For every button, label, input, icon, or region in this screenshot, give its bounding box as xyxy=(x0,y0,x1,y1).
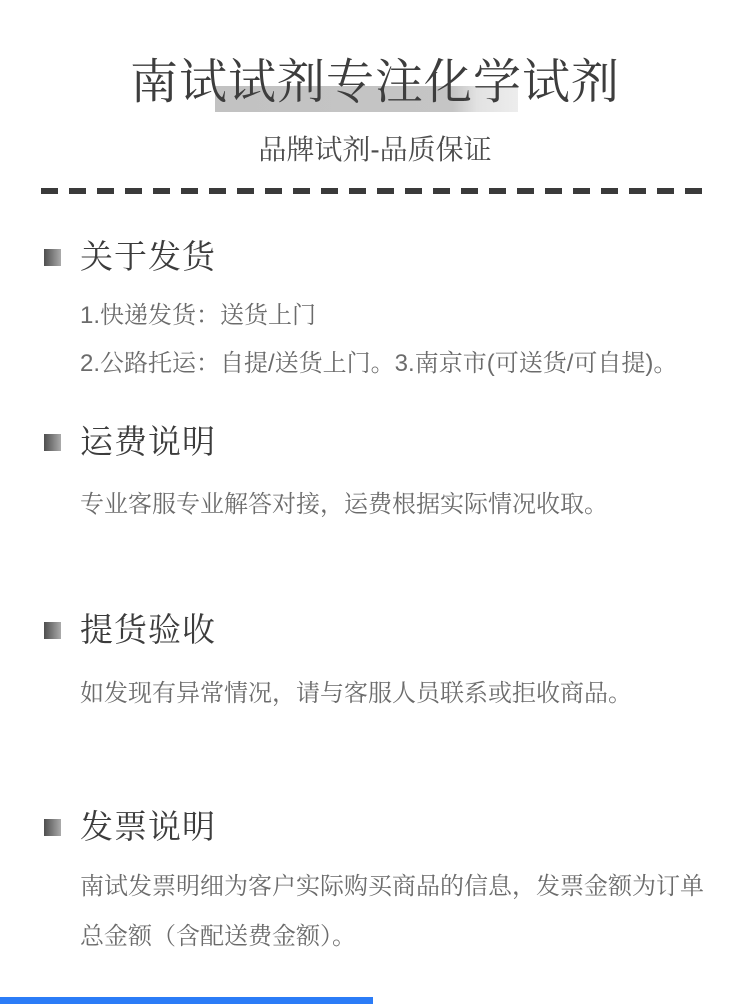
product-notice-page: 南试试剂专注化学试剂 品牌试剂-品质保证 关于发货 1.快递发货：送货上门 2.… xyxy=(0,0,750,1004)
section-invoice-body: 南试发票明细为客户实际购买商品的信息，发票金额为订单总金额（含配送费金额）。 xyxy=(80,862,712,962)
section-body-line: 1.快递发货：送货上门 xyxy=(80,292,712,340)
section-freight-heading-row: 运费说明 xyxy=(44,422,216,462)
section-shipping-body: 1.快递发货：送货上门 2.公路托运：自提/送货上门。3.南京市(可送货/可自提… xyxy=(80,292,712,388)
section-body-line: 如发现有异常情况，请与客服人员联系或拒收商品。 xyxy=(80,669,712,719)
section-heading: 发票说明 xyxy=(80,807,216,847)
section-body-line: 专业客服专业解答对接，运费根据实际情况收取。 xyxy=(80,480,712,530)
section-heading: 运费说明 xyxy=(80,422,216,462)
section-bullet-icon xyxy=(44,249,61,266)
section-heading: 关于发货 xyxy=(80,237,216,277)
page-subtitle: 品牌试剂-品质保证 xyxy=(0,133,750,166)
section-bullet-icon xyxy=(44,819,61,836)
section-body-line: 南试发票明细为客户实际购买商品的信息，发票金额为订单总金额（含配送费金额）。 xyxy=(80,862,712,962)
section-heading: 提货验收 xyxy=(80,610,216,650)
section-freight-body: 专业客服专业解答对接，运费根据实际情况收取。 xyxy=(80,480,712,530)
page-title: 南试试剂专注化学试剂 xyxy=(0,54,750,112)
dashed-divider xyxy=(41,188,710,194)
section-bullet-icon xyxy=(44,434,61,451)
section-bullet-icon xyxy=(44,622,61,639)
bottom-blue-bar xyxy=(0,997,373,1004)
section-inspection-body: 如发现有异常情况，请与客服人员联系或拒收商品。 xyxy=(80,669,712,719)
section-invoice-heading-row: 发票说明 xyxy=(44,807,216,847)
section-body-line: 2.公路托运：自提/送货上门。3.南京市(可送货/可自提)。 xyxy=(80,340,712,388)
section-shipping-heading-row: 关于发货 xyxy=(44,237,216,277)
section-inspection-heading-row: 提货验收 xyxy=(44,610,216,650)
